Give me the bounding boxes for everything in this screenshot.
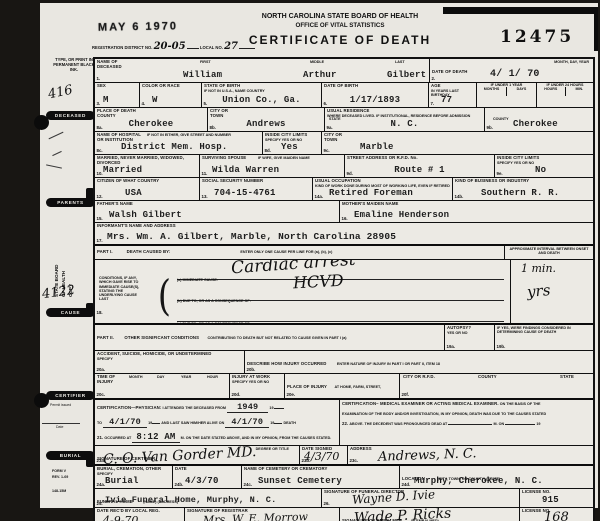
me-basis-text: ON THE BASIS OF THE bbox=[500, 402, 541, 406]
cause-lines-cell: (a) IMMEDIATE CAUSE: Cardiac arrest (b) … bbox=[173, 260, 510, 323]
me-cert-label: CERTIFICATION– MEDICAL EXAMINER OR ACTIN… bbox=[342, 401, 499, 406]
hospital-value: District Mem. Hosp. bbox=[121, 142, 227, 152]
attended-to-value: 4/1/70 bbox=[103, 417, 147, 428]
ssn-field: SOCIAL SECURITY NUMBER 704-15-4761 13. bbox=[200, 178, 313, 200]
first-col-head: FIRST bbox=[200, 60, 211, 64]
injury-at-work-sub: SPECIFY YES OR NO bbox=[232, 380, 282, 384]
place-of-death-city-field: CITY OR TOWN Andrews 8b. bbox=[208, 108, 325, 131]
row-vitals: SEX M 3. COLOR OR RACE W 4. STATE OF BIR… bbox=[95, 82, 593, 107]
place-of-injury-field: PLACE OF INJURY AT HOME, FARM, STREET, F… bbox=[285, 374, 400, 398]
informant-field: INFORMANT'S NAME AND ADDRESS Mrs. Wm. A.… bbox=[95, 223, 593, 244]
row-citizen: CITIZEN OF WHAT COUNTRY USA 12. SOCIAL S… bbox=[95, 177, 593, 200]
time-of-injury-field: TIME OF INJURY MONTH DAY YEAR HOUR 20c. bbox=[95, 374, 230, 398]
due-to-line-b: (b) DUE TO, OR AS A CONSEQUENCE OF: bbox=[177, 289, 504, 301]
accident-field: ACCIDENT, SUICIDE, HOMICIDE, OR UNDETERM… bbox=[95, 351, 245, 373]
date-signed-field: DATE SIGNED 4/3/70 23b. bbox=[300, 446, 348, 464]
margin-date-label: Date bbox=[56, 425, 63, 429]
residence-state-value: N. C. bbox=[390, 119, 418, 129]
part1-header: PART I. DEATH CAUSED BY: ENTER ONLY ONE … bbox=[95, 246, 505, 259]
date-of-death-label: DATE OF DEATH bbox=[432, 69, 468, 74]
item-number: 10. bbox=[97, 171, 103, 176]
blank-line bbox=[274, 408, 284, 409]
informant-label: INFORMANT'S NAME AND ADDRESS bbox=[97, 224, 591, 229]
date-of-death-field: DATE OF DEATH MONTH, DAY, YEAR 4/ 1/ 70 … bbox=[430, 59, 593, 82]
item-number: 8c. bbox=[97, 148, 103, 153]
due-to-line-c: (c) DUE TO, OR AS A CONSEQUENCE OF: bbox=[177, 310, 504, 322]
certificate-serial-number: 12475 bbox=[500, 27, 574, 47]
hospital-city-limits-value: Yes bbox=[281, 142, 298, 152]
physician-cert-line3: 21. OCCURRED AT 8:12 AM M. ON THE DATE S… bbox=[97, 431, 337, 445]
under-1-year-field: IF UNDER 1 YEAR MONTHS DAYS bbox=[477, 83, 537, 107]
item-number: 20b. bbox=[247, 367, 256, 372]
item-number: 21. bbox=[97, 435, 103, 440]
age-value: 77 bbox=[441, 95, 452, 105]
father-value: Walsh Gilbert bbox=[109, 210, 182, 220]
item-number: 24a. bbox=[97, 482, 106, 487]
item-number: 22. bbox=[342, 421, 348, 426]
item-number: 20c. bbox=[97, 392, 106, 397]
middle-col-head: MIDDLE bbox=[310, 60, 324, 64]
certifier-signature-value: C. O. Van Gorder MD. bbox=[103, 446, 257, 464]
item-number: 18. bbox=[97, 310, 103, 315]
cemetery-value: Sunset Cemetery bbox=[258, 476, 342, 486]
last-saw-alive-text: AND LAST SAW HIM/HER ALIVE ON bbox=[161, 421, 224, 425]
row-marital: MARRIED, NEVER MARRIED, WIDOWED, DIVORCE… bbox=[95, 154, 593, 177]
item-number: 1. bbox=[97, 76, 101, 81]
months-col: MONTHS bbox=[477, 87, 506, 96]
burial-location-field: LOCATION (CITY, TOWN, OR COUNTY) (STATE)… bbox=[400, 466, 593, 488]
occurred-post-text: M. ON THE DATE STATED ABOVE, AND IN MY O… bbox=[181, 436, 332, 440]
spouse-value: Wilda Warren bbox=[212, 165, 279, 175]
date-of-birth-value: 1/17/1893 bbox=[350, 95, 400, 105]
occupation-field: USUAL OCCUPATION KIND OF WORK DONE DURIN… bbox=[313, 178, 453, 200]
state-label: STATE bbox=[329, 117, 341, 121]
hospital-field: NAME OF HOSPITAL OR INSTITUTION IF NOT I… bbox=[95, 132, 263, 154]
immediate-cause-label: (a) IMMEDIATE CAUSE: bbox=[177, 278, 218, 282]
due-to-b-value: HCVD bbox=[293, 271, 345, 293]
residence-city-value: Marble bbox=[360, 142, 394, 152]
father-name-field: FATHER'S NAME Walsh Gilbert 15. bbox=[95, 201, 340, 222]
date-of-birth-label: DATE OF BIRTH bbox=[324, 84, 426, 89]
item-number: 20e. bbox=[287, 392, 296, 397]
sex-value: M bbox=[103, 95, 109, 105]
margin-date-line bbox=[42, 423, 80, 424]
conditions-note: CONDITIONS, IF ANY, WHICH GAVE RISE TO I… bbox=[99, 276, 145, 302]
date-of-death-value: 4/ 1/ 70 bbox=[490, 69, 540, 80]
item-number: 12. bbox=[97, 194, 103, 199]
document-title: CERTIFICATE OF DEATH bbox=[220, 33, 460, 47]
handwritten-number: 416 bbox=[47, 83, 74, 103]
under-24-hours-field: IF UNDER 24 HOURS HOURS MIN. bbox=[537, 83, 593, 107]
me-cert-line3: 22. ABOVE. THE DECEDENT WAS PRONOUNCED D… bbox=[342, 421, 591, 427]
spouse-sub: IF WIFE, GIVE MAIDEN NAME bbox=[258, 156, 310, 160]
blank-line bbox=[448, 424, 492, 425]
date-of-birth-field: DATE OF BIRTH 1/17/1893 6. bbox=[322, 83, 429, 107]
item-number: 9a. bbox=[327, 125, 333, 130]
item-number: 8a. bbox=[97, 125, 103, 130]
death-text: DEATH bbox=[283, 421, 295, 425]
certifier-section-badge: CERTIFIER bbox=[46, 391, 95, 400]
attended-from-text: I ATTENDED THE DECEASED FROM bbox=[162, 406, 226, 410]
due-to-b-label: (b) DUE TO, OR AS A CONSEQUENCE OF: bbox=[177, 299, 251, 303]
approximate-interval-label: APPROXIMATE INTERVAL BETWEEN ONSET AND D… bbox=[507, 247, 591, 256]
item-number: 9e. bbox=[497, 171, 503, 176]
interval-a-value: 1 min. bbox=[521, 262, 556, 275]
residence-city-field: CITY OR TOWN Marble 9c. bbox=[322, 132, 593, 154]
marital-value: Married bbox=[103, 165, 142, 175]
street-address-value: Route # 1 bbox=[394, 165, 444, 175]
date-of-death-sub: MONTH, DAY, YEAR bbox=[554, 60, 589, 64]
cemetery-field: NAME OF CEMETERY OR CREMATORY Sunset Cem… bbox=[242, 466, 400, 488]
blank-line bbox=[152, 423, 160, 424]
hours-col: HOURS bbox=[537, 87, 565, 96]
funeral-director-signature-field: SIGNATURE OF FUNERAL DIRECTOR Wayne D. I… bbox=[322, 489, 520, 507]
ssn-value: 704-15-4761 bbox=[214, 188, 276, 198]
city-or-town-label: CITY OR TOWN bbox=[324, 133, 346, 143]
last-alive-value: 4/1/70 bbox=[225, 417, 269, 428]
year-blank: 19 bbox=[536, 422, 540, 426]
funeral-director-license-field: LICENSE NO. 915 bbox=[520, 489, 593, 507]
place-of-death-county-field: PLACE OF DEATH COUNTY Cherokee 8a. bbox=[95, 108, 208, 131]
age-sub: IN YEARS LAST BIRTHDAY bbox=[431, 89, 474, 98]
one-cause-per-line-note: ENTER ONLY ONE CAUSE PER LINE FOR (a), (… bbox=[240, 250, 332, 254]
type-or-print-note: TYPE, OR PRINT IN PERMANENT BLACK INK. bbox=[52, 57, 96, 72]
row-funeral-home: FUNERAL HOME (NAME) (ADDRESS) Ivie Funer… bbox=[95, 488, 593, 507]
state-label: STATE bbox=[560, 375, 574, 380]
cause-section-badge: CAUSE bbox=[46, 308, 95, 317]
interval-header: APPROXIMATE INTERVAL BETWEEN ONSET AND D… bbox=[505, 246, 593, 259]
embalmer-signature-field: SIGNATURE OF EMBALMER (IF EMBALMED) Wade… bbox=[340, 508, 520, 521]
mother-name-field: MOTHER'S MAIDEN NAME Emaline Henderson 1… bbox=[340, 201, 593, 222]
org-office: OFFICE OF VITAL STATISTICS bbox=[220, 22, 460, 29]
race-value: W bbox=[152, 95, 158, 105]
part1-label: PART I. bbox=[97, 250, 113, 255]
age-field: AGE IN YEARS LAST BIRTHDAY 77 7. bbox=[429, 83, 477, 107]
pronounced-dead-text: ABOVE. THE DECEDENT WAS PRONOUNCED DEAD … bbox=[349, 422, 447, 426]
item-number: 9c. bbox=[324, 148, 330, 153]
how-injury-sub: ENTER NATURE OF INJURY IN PART I OR PART… bbox=[337, 362, 440, 366]
how-injury-field: DESCRIBE HOW INJURY OCCURRED ENTER NATUR… bbox=[245, 351, 593, 373]
item-number: 16. bbox=[342, 216, 348, 221]
item-number: 8b. bbox=[210, 125, 216, 130]
interval-values-cell: 1 min. yrs bbox=[510, 260, 593, 323]
occupation-value: Retired Foreman bbox=[329, 188, 413, 198]
date-received-value: 4-9-70 bbox=[103, 514, 138, 521]
item-number: 23b. bbox=[302, 458, 311, 463]
funeral-home-value: Ivie Funeral Home, Murphy, N. C. bbox=[105, 495, 276, 505]
pod-county-value: Cherokee bbox=[129, 119, 174, 129]
row-burial: BURIAL, CREMATION, OTHER SPECIFY Burial … bbox=[95, 464, 593, 488]
item-number: 8d. bbox=[265, 148, 271, 153]
accident-sub: SPECIFY bbox=[97, 357, 242, 361]
item-number: 20f. bbox=[402, 392, 410, 397]
embalmer-signature-value: Wade P. Ricks bbox=[354, 508, 452, 521]
certifier-address-value: Andrews, N. C. bbox=[378, 446, 477, 464]
physician-cert-label: CERTIFICATION—PHYSICIAN: bbox=[97, 405, 161, 410]
medical-examiner-certification-field: CERTIFICATION– MEDICAL EXAMINER OR ACTIN… bbox=[340, 400, 593, 445]
item-number: 20d. bbox=[232, 392, 241, 397]
blank-line bbox=[505, 424, 535, 425]
state-of-birth-value: Union Co., Ga. bbox=[222, 95, 300, 105]
city-or-town-label: CITY OR TOWN bbox=[210, 109, 232, 119]
item-number: 25. bbox=[97, 501, 103, 506]
form-number-note: FORM V bbox=[52, 469, 66, 473]
funeral-home-field: FUNERAL HOME (NAME) (ADDRESS) Ivie Funer… bbox=[95, 489, 322, 507]
burial-section-badge: BURIAL bbox=[46, 451, 95, 460]
hospital-city-limits-field: INSIDE CITY LIMITS SPECIFY YES OR NO Yes… bbox=[263, 132, 322, 154]
received-date-stamp: MAY 6 1970 bbox=[98, 20, 178, 33]
item-number: 24b. bbox=[175, 482, 184, 487]
brace-glyph: ( bbox=[158, 271, 171, 321]
item-number: 9b. bbox=[487, 125, 493, 130]
sex-field: SEX M 3. bbox=[95, 83, 140, 107]
conditions-note-cell: CONDITIONS, IF ANY, WHICH GAVE RISE TO I… bbox=[95, 260, 173, 323]
item-number: 3. bbox=[97, 101, 101, 106]
attended-from-value: 1949 bbox=[227, 402, 268, 413]
row-name: NAME OF DECEASED FIRST MIDDLE LAST Willi… bbox=[95, 59, 593, 82]
residence-county-field: COUNTY Cherokee 9b. bbox=[485, 108, 593, 131]
pencil-mark bbox=[49, 132, 64, 140]
item-number: 9d. bbox=[347, 171, 353, 176]
underline bbox=[187, 48, 199, 49]
item-number: 2. bbox=[432, 76, 436, 81]
time-of-injury-label: TIME OF INJURY bbox=[97, 375, 123, 385]
ssn-label: SOCIAL SECURITY NUMBER bbox=[202, 179, 310, 184]
item-number: 14b. bbox=[455, 194, 464, 199]
industry-value: Southern R. R. bbox=[481, 188, 559, 198]
injury-location-field: CITY OR R.F.D. COUNTY STATE 20f. bbox=[400, 374, 593, 398]
informant-value: Mrs. Wm. A. Gilbert, Marble, North Carol… bbox=[107, 231, 396, 242]
item-number: 6. bbox=[324, 101, 328, 106]
burial-field: BURIAL, CREMATION, OTHER SPECIFY Burial … bbox=[95, 466, 173, 488]
item-number: 20a. bbox=[97, 367, 106, 372]
item-number: 13. bbox=[202, 194, 208, 199]
pencil-mark bbox=[52, 151, 61, 156]
street-address-field: STREET ADDRESS OR R.F.D. No. Route # 1 9… bbox=[345, 155, 495, 177]
citizen-label: CITIZEN OF WHAT COUNTRY bbox=[97, 179, 197, 184]
death-certificate-document: TYPE, OR PRINT IN PERMANENT BLACK INK. 4… bbox=[40, 3, 598, 508]
name-last-value: Gilbert bbox=[387, 70, 426, 80]
industry-field: KIND OF BUSINESS OR INDUSTRY Southern R.… bbox=[453, 178, 593, 200]
industry-label: KIND OF BUSINESS OR INDUSTRY bbox=[455, 179, 591, 184]
me-cert-line2: EXAMINATION OF THE BODY AND/OR INVESTIGA… bbox=[342, 411, 591, 417]
m-on-text: M. ON bbox=[494, 422, 505, 426]
under-1yr-columns: MONTHS DAYS bbox=[477, 87, 536, 96]
county-label: COUNTY bbox=[478, 375, 497, 380]
state-of-birth-sub: IF NOT IN U.S.A., NAME COUNTRY bbox=[204, 89, 319, 93]
part2-label: PART II. bbox=[97, 335, 114, 340]
handwritten-number: 4122 bbox=[41, 283, 76, 302]
burial-location-value: Murphy, Cherokee, N. C. bbox=[414, 476, 543, 486]
funeral-director-signature-value: Wayne D. Ivie bbox=[352, 489, 436, 507]
form-revision-note: REV. 1-69 bbox=[52, 475, 68, 479]
degree-title-sub: DEGREE OR TITLE bbox=[256, 447, 289, 451]
blank-line bbox=[274, 423, 282, 424]
row-hospital: NAME OF HOSPITAL OR INSTITUTION IF NOT I… bbox=[95, 131, 593, 154]
autopsy-field: AUTOPSY? YES OR NO 19a. bbox=[445, 325, 495, 350]
burial-date-label: DATE bbox=[175, 467, 239, 472]
item-number: 7. bbox=[431, 101, 435, 106]
item-number: 19b. bbox=[497, 344, 506, 349]
residence-state-field: USUAL RESIDENCE WHERE DECEASED LIVED. IF… bbox=[325, 108, 485, 131]
underline bbox=[239, 48, 255, 49]
row-cause-header: PART I. DEATH CAUSED BY: ENTER ONLY ONE … bbox=[95, 244, 593, 259]
row-injury-details: TIME OF INJURY MONTH DAY YEAR HOUR 20c. … bbox=[95, 373, 593, 398]
item-number: 19a. bbox=[447, 344, 456, 349]
sex-label: SEX bbox=[97, 84, 137, 89]
day-col: DAY bbox=[157, 375, 164, 379]
row-part2: PART II. OTHER SIGNIFICANT CONDITIONS CO… bbox=[95, 323, 593, 350]
to-text: TO bbox=[97, 421, 102, 425]
death-caused-by-label: DEATH CAUSED BY: bbox=[127, 250, 171, 255]
funeral-director-license-value: 915 bbox=[542, 495, 559, 505]
form-print-note: 148-15M bbox=[52, 489, 66, 493]
me-examination-text: EXAMINATION OF THE BODY AND/OR INVESTIGA… bbox=[342, 412, 546, 416]
date-received-field: DATE REC'D BY LOCAL REG. 4-9-70 27. bbox=[95, 508, 185, 521]
org-name: NORTH CAROLINA STATE BOARD OF HEALTH bbox=[220, 13, 460, 20]
item-number: 24c. bbox=[244, 482, 253, 487]
row-certification: CERTIFICATION—PHYSICIAN: I ATTENDED THE … bbox=[95, 398, 593, 445]
findings-label: IF YES, WERE FINDINGS CONSIDERED IN DETE… bbox=[497, 326, 591, 335]
citizen-field: CITIZEN OF WHAT COUNTRY USA 12. bbox=[95, 178, 200, 200]
row-parents: FATHER'S NAME Walsh Gilbert 15. MOTHER'S… bbox=[95, 200, 593, 222]
min-col: MIN. bbox=[565, 87, 594, 96]
physician-cert-line2: TO 4/1/70 19 AND LAST SAW HIM/HER ALIVE … bbox=[97, 416, 337, 429]
occurred-at-text: OCCURRED AT bbox=[104, 436, 131, 440]
item-number: 4. bbox=[142, 101, 146, 106]
under-24hr-columns: HOURS MIN. bbox=[537, 87, 593, 96]
me-cert-line1: CERTIFICATION– MEDICAL EXAMINER OR ACTIN… bbox=[342, 401, 591, 407]
pod-city-value: Andrews bbox=[246, 119, 285, 129]
burial-value: Burial bbox=[105, 476, 139, 486]
item-number: 14a. bbox=[315, 194, 324, 199]
item-number: 24d. bbox=[402, 482, 411, 487]
scan-edge-mark bbox=[594, 7, 598, 51]
certificate-form: NAME OF DECEASED FIRST MIDDLE LAST Willi… bbox=[93, 57, 595, 521]
street-address-label: STREET ADDRESS OR R.F.D. No. bbox=[347, 156, 492, 161]
citizen-value: USA bbox=[125, 188, 142, 198]
autopsy-sub: YES OR NO bbox=[447, 331, 492, 335]
item-number: 23c. bbox=[350, 458, 359, 463]
residence-county-value: Cherokee bbox=[513, 119, 558, 129]
item-number: 23a. bbox=[97, 458, 106, 463]
how-injury-label: DESCRIBE HOW INJURY OCCURRED bbox=[247, 361, 326, 366]
registration-district-value: 20-05 bbox=[154, 41, 186, 52]
race-label: COLOR OR RACE bbox=[142, 84, 199, 89]
year-col: YEAR bbox=[181, 375, 191, 379]
other-conditions-label: OTHER SIGNIFICANT CONDITIONS bbox=[124, 335, 199, 340]
county-label: COUNTY bbox=[493, 117, 509, 121]
race-field: COLOR OR RACE W 4. bbox=[140, 83, 202, 107]
registration-district-label: REGISTRATION DISTRICT NO. bbox=[92, 45, 152, 50]
last-col-head: LAST bbox=[395, 60, 405, 64]
certifier-address-field: ADDRESS Andrews, N. C. 23c. bbox=[348, 446, 593, 464]
scan-edge-mark bbox=[443, 7, 596, 14]
certifier-margin-note: Permit issued bbox=[50, 403, 71, 407]
parents-section-badge: PARENTS bbox=[46, 198, 95, 207]
pencil-mark bbox=[46, 164, 62, 168]
usual-residence-sub: WHERE DECEASED LIVED. IF INSTITUTIONAL, … bbox=[327, 114, 482, 118]
cemetery-label: NAME OF CEMETERY OR CREMATORY bbox=[244, 467, 397, 472]
item-number: 5. bbox=[204, 101, 208, 106]
registrar-signature-field: SIGNATURE OF REGISTRAR Mrs. W. E. Morrow… bbox=[185, 508, 340, 521]
findings-field: IF YES, WERE FINDINGS CONSIDERED IN DETE… bbox=[495, 325, 593, 350]
state-of-birth-field: STATE OF BIRTH IF NOT IN U.S.A., NAME CO… bbox=[202, 83, 322, 107]
other-conditions-note: CONTRIBUTING TO DEATH BUT NOT RELATED TO… bbox=[208, 336, 347, 340]
place-of-injury-label: PLACE OF INJURY bbox=[287, 384, 327, 389]
part2-field: PART II. OTHER SIGNIFICANT CONDITIONS CO… bbox=[95, 325, 445, 350]
days-col: DAYS bbox=[506, 87, 536, 96]
burial-date-value: 4/3/70 bbox=[185, 476, 219, 486]
embalmer-license-field: LICENSE NO. 168 bbox=[520, 508, 593, 521]
deceased-section-badge: DECEASED bbox=[46, 111, 95, 120]
signature-of-certifier-field: SIGNATURE OF CERTIFIER DEGREE OR TITLE C… bbox=[95, 446, 300, 464]
father-label: FATHER'S NAME bbox=[97, 202, 337, 207]
embalmer-license-value: 168 bbox=[544, 510, 569, 521]
row-registrar: DATE REC'D BY LOCAL REG. 4-9-70 27. SIGN… bbox=[95, 507, 593, 521]
item-number: 11. bbox=[202, 171, 208, 176]
surviving-spouse-field: SURVIVING SPOUSE IF WIFE, GIVE MAIDEN NA… bbox=[200, 155, 345, 177]
name-middle-value: Arthur bbox=[303, 70, 337, 80]
hour-col: HOUR bbox=[207, 375, 218, 379]
physician-certification-field: CERTIFICATION—PHYSICIAN: I ATTENDED THE … bbox=[95, 400, 340, 445]
row-accident: ACCIDENT, SUICIDE, HOMICIDE, OR UNDETERM… bbox=[95, 350, 593, 373]
interval-b-value: yrs bbox=[526, 281, 551, 301]
item-number: 15. bbox=[97, 216, 103, 221]
marital-status-field: MARRIED, NEVER MARRIED, WIDOWED, DIVORCE… bbox=[95, 155, 200, 177]
name-first-value: William bbox=[183, 70, 222, 80]
time-of-death-value: 8:12 AM bbox=[132, 432, 179, 443]
mother-label: MOTHER'S MAIDEN NAME bbox=[342, 202, 591, 207]
item-number: 26. bbox=[324, 501, 330, 506]
name-of-deceased-field: NAME OF DECEASED FIRST MIDDLE LAST Willi… bbox=[95, 59, 430, 82]
residence-city-limits-field: INSIDE CITY LIMITS SPECIFY YES OR NO No … bbox=[495, 155, 593, 177]
hospital-sub: IF NOT IN EITHER, GIVE STREET AND NUMBER bbox=[147, 133, 231, 137]
row-cause-lines: CONDITIONS, IF ANY, WHICH GAVE RISE TO I… bbox=[95, 259, 593, 323]
mother-value: Emaline Henderson bbox=[354, 210, 449, 220]
name-label: NAME OF DECEASED bbox=[97, 60, 131, 70]
city-or-rfd-label: CITY OR R.F.D. bbox=[403, 375, 435, 380]
row-signature: SIGNATURE OF CERTIFIER DEGREE OR TITLE C… bbox=[95, 445, 593, 464]
burial-date-field: DATE 4/3/70 24b. bbox=[173, 466, 242, 488]
month-col: MONTH bbox=[129, 375, 143, 379]
row-informant: INFORMANT'S NAME AND ADDRESS Mrs. Wm. A.… bbox=[95, 222, 593, 244]
row-place-of-death: PLACE OF DEATH COUNTY Cherokee 8a. CITY … bbox=[95, 107, 593, 131]
residence-city-limits-value: No bbox=[535, 165, 546, 175]
injury-at-work-field: INJURY AT WORK SPECIFY YES OR NO 20d. bbox=[230, 374, 285, 398]
item-number: 17. bbox=[97, 238, 103, 243]
physician-cert-line1: CERTIFICATION—PHYSICIAN: I ATTENDED THE … bbox=[97, 401, 337, 414]
